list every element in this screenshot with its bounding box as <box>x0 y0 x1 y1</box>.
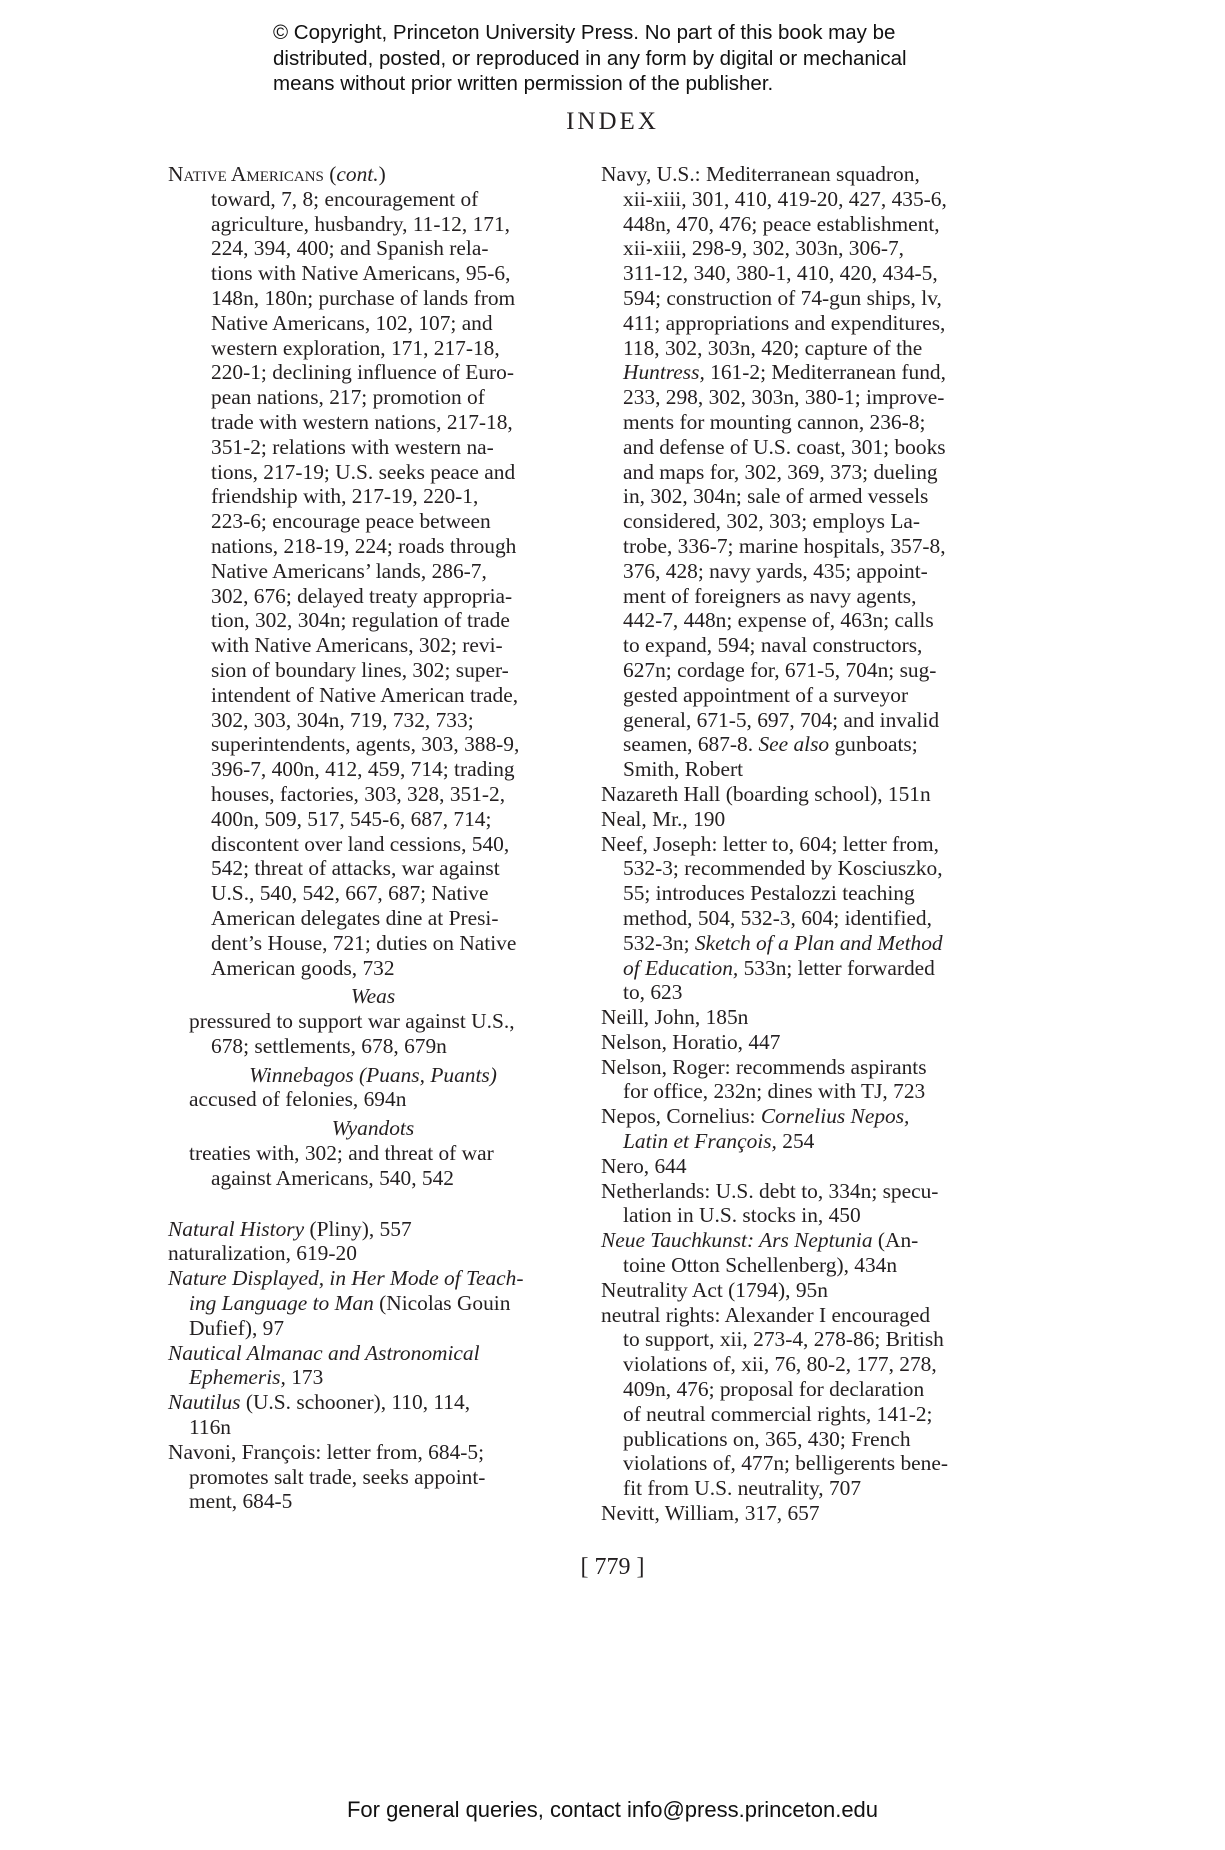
entry-line: 542; threat of attacks, war against <box>168 856 578 881</box>
subentry-line: 678; settlements, 678, 679n <box>168 1034 578 1059</box>
index-entry-nelson-horatio: Nelson, Horatio, 447 <box>601 1030 1011 1055</box>
index-entry-nero: Nero, 644 <box>601 1154 1011 1179</box>
subentry-line: pressured to support war against U.S., <box>168 1009 578 1034</box>
index-entry-neal: Neal, Mr., 190 <box>601 807 1011 832</box>
entry-text: for office, 232n; dines with TJ, 723 <box>601 1079 1011 1104</box>
index-entry-neill: Neill, John, 185n <box>601 1005 1011 1030</box>
entry-line: pean nations, 217; promotion of <box>168 385 578 410</box>
entry-line: dent’s House, 721; duties on Native <box>168 931 578 956</box>
entry-text: ment of foreigners as navy agents, <box>601 584 1011 609</box>
index-entry-nepos: Nepos, Cornelius: Cornelius Nepos, Latin… <box>601 1104 1011 1154</box>
entry-text: lation in U.S. stocks in, 450 <box>601 1203 1011 1228</box>
entry-text: to support, xii, 273-4, 278-86; British <box>601 1327 1011 1352</box>
cont-label: cont. <box>336 162 378 186</box>
title: ing Language to Man <box>189 1291 374 1315</box>
entry-text: and maps for, 302, 369, 373; dueling <box>601 460 1011 485</box>
continued-heading: Native Americans (cont.) <box>168 162 578 187</box>
index-column-right: Navy, U.S.: Mediterranean squadron, xii-… <box>601 162 1011 1526</box>
cross-reference: Smith, Robert <box>601 757 1011 782</box>
title: Cornelius Nepos, <box>761 1104 910 1128</box>
entry-line: tions, 217-19; U.S. seeks peace and <box>168 460 578 485</box>
index-entry-nazareth-hall: Nazareth Hall (boarding school), 151n <box>601 782 1011 807</box>
entry-text: 233, 298, 302, 303n, 380-1; improve- <box>601 385 1011 410</box>
entry-line: with Native Americans, 302; revi- <box>168 633 578 658</box>
entry-line: U.S., 540, 542, 667, 687; Native <box>168 881 578 906</box>
entry-text: toine Otton Schellenberg), 434n <box>601 1253 1011 1278</box>
entry-line: tions with Native Americans, 95-6, <box>168 261 578 286</box>
entry-text: 161-2; Mediterranean fund, <box>705 360 946 384</box>
title: of Education, <box>623 956 738 980</box>
entry-text: Neef, Joseph: letter to, 604; letter fro… <box>601 832 1011 857</box>
title: Nautilus <box>168 1390 241 1414</box>
title: Ephemeris, <box>189 1365 286 1389</box>
entry-text: 118, 302, 303n, 420; capture of the <box>601 336 1011 361</box>
entry-line: agriculture, husbandry, 11-12, 171, <box>168 212 578 237</box>
entry-text: considered, 302, 303; employs La- <box>601 509 1011 534</box>
entry-text: violations of, 477n; belligerents bene- <box>601 1451 1011 1476</box>
entry-line: 223-6; encourage peace between <box>168 509 578 534</box>
index-entry-naturalization: naturalization, 619-20 <box>168 1241 578 1266</box>
entry-text: Nelson, Roger: recommends aspirants <box>601 1055 1011 1080</box>
subentry-heading: Wyandots <box>168 1116 578 1141</box>
entry-text: Navoni, François: letter from, 684-5; <box>168 1440 578 1465</box>
entry-text: and defense of U.S. coast, 301; books <box>601 435 1011 460</box>
subentry-line: against Americans, 540, 542 <box>168 1166 578 1191</box>
entry-text: 173 <box>286 1365 323 1389</box>
index-entry-nevitt: Nevitt, William, 317, 657 <box>601 1501 1011 1526</box>
entry-line: tion, 302, 304n; regulation of trade <box>168 608 578 633</box>
entry-line: American goods, 732 <box>168 956 578 981</box>
entry-line: Native Americans, 102, 107; and <box>168 311 578 336</box>
index-entry-navoni: Navoni, François: letter from, 684-5; pr… <box>168 1440 578 1514</box>
index-entry-nautical-almanac: Nautical Almanac and Astronomical Epheme… <box>168 1341 578 1391</box>
entry-text: ment, 684-5 <box>168 1489 578 1514</box>
entry-text: fit from U.S. neutrality, 707 <box>601 1476 1011 1501</box>
entry-line: nations, 218-19, 224; roads through <box>168 534 578 559</box>
ship-name: Huntress, <box>623 360 705 384</box>
entry-text: (U.S. schooner), 110, 114, <box>241 1390 471 1414</box>
subentry-heading: Winnebagos (Puans, Puants) <box>168 1063 578 1088</box>
entry-line: intendent of Native American trade, <box>168 683 578 708</box>
entry-line: 302, 676; delayed treaty appropria- <box>168 584 578 609</box>
entry-line: 224, 394, 400; and Spanish rela- <box>168 236 578 261</box>
entry-text: neutral rights: Alexander I encouraged <box>601 1303 1011 1328</box>
entry-text: 594; construction of 74-gun ships, lv, <box>601 286 1011 311</box>
subentry-wyandots: Wyandots treaties with, 302; and threat … <box>168 1116 578 1190</box>
entry-text: promotes salt trade, seeks appoint- <box>168 1465 578 1490</box>
subentry-line: treaties with, 302; and threat of war <box>168 1141 578 1166</box>
entry-text: to expand, 594; naval constructors, <box>601 633 1011 658</box>
entry-text: 116n <box>168 1415 578 1440</box>
copyright-line: © Copyright, Princeton University Press.… <box>273 20 993 46</box>
entry-line: American delegates dine at Presi- <box>168 906 578 931</box>
entry-text: (An- <box>873 1228 919 1252</box>
entry-text: ments for mounting cannon, 236-8; <box>601 410 1011 435</box>
title: Natural History <box>168 1217 304 1241</box>
entry-text: to, 623 <box>601 980 1011 1005</box>
entry-text: Nepos, Cornelius: <box>601 1104 761 1128</box>
see-also-label: See also <box>758 732 829 756</box>
entry-line: houses, factories, 303, 328, 351-2, <box>168 782 578 807</box>
copyright-line: means without prior written permission o… <box>273 71 993 97</box>
entry-text: 533n; letter forwarded <box>738 956 935 980</box>
entry-text: xii-xiii, 301, 410, 419-20, 427, 435-6, <box>601 187 1011 212</box>
cross-reference: gunboats; <box>829 732 918 756</box>
entry-text: trobe, 336-7; marine hospitals, 357-8, <box>601 534 1011 559</box>
entry-line: 302, 303, 304n, 719, 732, 733; <box>168 708 578 733</box>
subentry-weas: Weas pressured to support war against U.… <box>168 984 578 1058</box>
entry-text: 411; appropriations and expenditures, <box>601 311 1011 336</box>
index-entry-neef: Neef, Joseph: letter to, 604; letter fro… <box>601 832 1011 1006</box>
entry-text: violations of, xii, 76, 80-2, 177, 278, <box>601 1352 1011 1377</box>
entry-text: 254 <box>777 1129 814 1153</box>
entry-text: Dufief), 97 <box>168 1316 578 1341</box>
entry-text: (Pliny), 557 <box>304 1217 412 1241</box>
running-head: INDEX <box>0 108 1225 136</box>
entry-line: Native Americans’ lands, 286-7, <box>168 559 578 584</box>
index-entry-netherlands: Netherlands: U.S. debt to, 334n; specu- … <box>601 1179 1011 1229</box>
entry-text: method, 504, 532-3, 604; identified, <box>601 906 1011 931</box>
entry-line: discontent over land cessions, 540, <box>168 832 578 857</box>
entry-text: 532-3; recommended by Kosciuszko, <box>601 856 1011 881</box>
entry-text: of neutral commercial rights, 141-2; <box>601 1402 1011 1427</box>
index-entry-neutrality-act: Neutrality Act (1794), 95n <box>601 1278 1011 1303</box>
entry-text: in, 302, 304n; sale of armed vessels <box>601 484 1011 509</box>
entry-text: general, 671-5, 697, 704; and invalid <box>601 708 1011 733</box>
contact-footer: For general queries, contact info@press.… <box>0 1797 1225 1823</box>
entry-text: 311-12, 340, 380-1, 410, 420, 434-5, <box>601 261 1011 286</box>
spacer <box>168 1193 578 1217</box>
entry-text: 442-7, 448n; expense of, 463n; calls <box>601 608 1011 633</box>
entry-text: 627n; cordage for, 671-5, 704n; sug- <box>601 658 1011 683</box>
index-entry-neue-tauchkunst: Neue Tauchkunst: Ars Neptunia (An- toine… <box>601 1228 1011 1278</box>
subentry-winnebagos: Winnebagos (Puans, Puants) accused of fe… <box>168 1063 578 1113</box>
entry-text: xii-xiii, 298-9, 302, 303n, 306-7, <box>601 236 1011 261</box>
entry-text: 532-3n; <box>623 931 695 955</box>
entry-text: publications on, 365, 430; French <box>601 1427 1011 1452</box>
entry-line: western exploration, 171, 217-18, <box>168 336 578 361</box>
copyright-line: distributed, posted, or reproduced in an… <box>273 46 993 72</box>
entry-text: 448n, 470, 476; peace establishment, <box>601 212 1011 237</box>
title: Sketch of a Plan and Method <box>695 931 943 955</box>
entry-line: sion of boundary lines, 302; super- <box>168 658 578 683</box>
entry-line: 351-2; relations with western na- <box>168 435 578 460</box>
entry-line: trade with western nations, 217-18, <box>168 410 578 435</box>
title: Nature Displayed, in Her Mode of Teach- <box>168 1266 523 1290</box>
entry-line: superintendents, agents, 303, 388-9, <box>168 732 578 757</box>
entry-line: 220-1; declining influence of Euro- <box>168 360 578 385</box>
entry-line: friendship with, 217-19, 220-1, <box>168 484 578 509</box>
entry-text: 55; introduces Pestalozzi teaching <box>601 881 1011 906</box>
index-column-left: Native Americans (cont.) toward, 7, 8; e… <box>168 162 578 1514</box>
native-americans-entry: toward, 7, 8; encouragement of agricultu… <box>168 187 578 981</box>
entry-text: Navy, U.S.: Mediterranean squadron, <box>601 162 1011 187</box>
index-entry-nature-displayed: Nature Displayed, in Her Mode of Teach- … <box>168 1266 578 1340</box>
entry-text: gested appointment of a surveyor <box>601 683 1011 708</box>
entry-text: Netherlands: U.S. debt to, 334n; specu- <box>601 1179 1011 1204</box>
copyright-notice: © Copyright, Princeton University Press.… <box>273 20 993 97</box>
entry-text: 409n, 476; proposal for declaration <box>601 1377 1011 1402</box>
title: Neue Tauchkunst: Ars Neptunia <box>601 1228 873 1252</box>
title: Latin et François, <box>623 1129 777 1153</box>
entry-line: toward, 7, 8; encouragement of <box>168 187 578 212</box>
index-entry-nelson-roger: Nelson, Roger: recommends aspirants for … <box>601 1055 1011 1105</box>
index-entry-neutral-rights: neutral rights: Alexander I encouraged t… <box>601 1303 1011 1501</box>
entry-text: seamen, 687-8. <box>623 732 758 756</box>
title: Nautical Almanac and Astronomical <box>168 1341 480 1365</box>
entry-text: 376, 428; navy yards, 435; appoint- <box>601 559 1011 584</box>
entry-text: (Nicolas Gouin <box>374 1291 511 1315</box>
subentry-heading: Weas <box>168 984 578 1009</box>
index-entry-navy: Navy, U.S.: Mediterranean squadron, xii-… <box>601 162 1011 782</box>
subentry-line: accused of felonies, 694n <box>168 1087 578 1112</box>
entry-line: 396-7, 400n, 412, 459, 714; trading <box>168 757 578 782</box>
page-number: [ 779 ] <box>0 1554 1225 1581</box>
entry-line: 148n, 180n; purchase of lands from <box>168 286 578 311</box>
heading-name: Native Americans <box>168 162 324 186</box>
index-entry-natural-history: Natural History (Pliny), 557 <box>168 1217 578 1242</box>
index-entry-nautilus: Nautilus (U.S. schooner), 110, 114, 116n <box>168 1390 578 1440</box>
entry-line: 400n, 509, 517, 545-6, 687, 714; <box>168 807 578 832</box>
